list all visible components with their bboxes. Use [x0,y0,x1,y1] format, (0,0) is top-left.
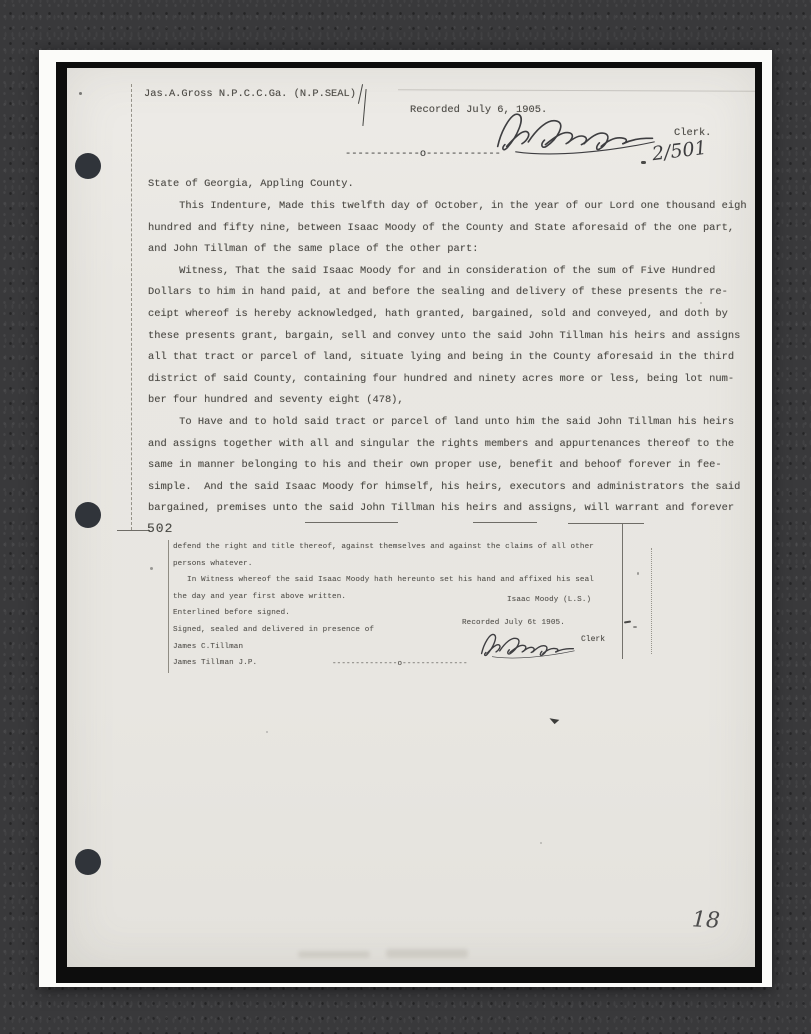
bleed-through-smudge [386,949,468,958]
line-text: these presents grant, bargain, sell and … [148,330,740,342]
line-text: same in manner belonging to his and thei… [148,459,722,471]
pen-stroke-mark [362,89,366,126]
inset-text-line: persons whatever. [173,560,594,577]
document-heading: State of Georgia, Appling County. [148,178,354,190]
separator-dashes-top: ------------o------------ [345,148,501,160]
line-text: bargained, premises unto the said John T… [148,502,734,514]
signature-glyph [483,105,669,159]
line-text: In Witness whereof the said Isaac Moody … [173,576,594,584]
line-text: and assigns together with all and singul… [148,438,734,450]
paper-speck [266,731,268,733]
bleed-through-smudge [298,951,370,958]
line-annotation: Recorded July 6t 1905. [462,619,565,627]
overlay-page-number: 502 [147,521,173,536]
inset-text-line: the day and year first above written.Isa… [173,593,594,610]
clerk-label-bottom: Clerk [581,635,605,644]
deed-text-line: and assigns together with all and singul… [148,438,747,460]
deed-text-line: Witness, That the said Isaac Moody for a… [148,265,747,287]
hole-punch-top [75,153,101,179]
paper-speck [150,567,153,570]
inset-text-line: defend the right and title thereof, agai… [173,543,594,560]
inset-text-line: In Witness whereof the said Isaac Moody … [173,576,594,593]
inset-text-line: James Tillman J.P.--------------o-------… [173,659,594,676]
deed-text-line: and John Tillman of the same place of th… [148,243,747,265]
line-text: persons whatever. [173,560,253,568]
paper-speck [540,842,542,844]
ink-dot [641,161,646,164]
deed-text-line: This Indenture, Made this twelfth day of… [148,200,747,222]
line-text: Dollars to him in hand paid, at and befo… [148,286,728,298]
deed-text-line: To Have and to hold said tract or parcel… [148,416,747,438]
line-text: This Indenture, Made this twelfth day of… [148,200,747,212]
scanner-background: Jas.A.Gross N.P.C.C.Ga. (N.P.SEAL) Recor… [0,0,811,1034]
line-text: hundred and fifty nine, between Isaac Mo… [148,222,734,234]
line-text: James Tillman J.P. [173,659,257,667]
document-content: Jas.A.Gross N.P.C.C.Ga. (N.P.SEAL) Recor… [0,0,811,1034]
clerk-signature-top [483,105,669,159]
deed-body: This Indenture, Made this twelfth day of… [148,200,747,524]
inset-top-edge-left [117,530,150,531]
line-annotation: --------------o-------------- [332,660,468,668]
line-text: James C.Tillman [173,643,243,651]
line-text: the day and year first above written. [173,593,346,601]
inset-left-margin-rule [168,540,169,673]
line-text: defend the right and title thereof, agai… [173,543,594,551]
deed-text-line: ceipt whereof is hereby acknowledged, ha… [148,308,747,330]
deed-text-line: ber four hundred and seventy eight (478)… [148,394,747,416]
stray-mark [624,621,631,624]
stray-mark [633,626,637,628]
deed-text-line: simple. And the said Isaac Moody for him… [148,481,747,503]
clerk-signature-bottom [474,629,582,661]
line-text: To Have and to hold said tract or parcel… [148,416,734,428]
ink-blot [549,718,560,725]
hole-punch-bottom [75,849,101,875]
line-text: ceipt whereof is hereby acknowledged, ha… [148,308,728,320]
line-text: district of said County, containing four… [148,373,734,385]
line-text: Enterlined before signed. [173,609,290,617]
deed-text-line: district of said County, containing four… [148,373,747,395]
line-text: all that tract or parcel of land, situat… [148,351,734,363]
deed-text-line: same in manner belonging to his and thei… [148,459,747,481]
left-margin-rule [131,84,132,530]
paper-speck [418,206,420,208]
deed-text-line: these presents grant, bargain, sell and … [148,330,747,352]
paper-crease [398,89,755,92]
line-text: and John Tillman of the same place of th… [148,243,478,255]
line-text: ber four hundred and seventy eight (478)… [148,394,404,406]
paper-speck [79,92,82,95]
inset-right-faint-line [651,548,652,654]
pen-tick-mark [358,84,363,104]
paper-speck [700,302,702,304]
line-annotation: Isaac Moody (L.S.) [507,596,591,604]
inset-right-edge-line [622,523,623,659]
deed-text-line: Dollars to him in hand paid, at and befo… [148,286,747,308]
deed-text-line: hundred and fifty nine, between Isaac Mo… [148,222,747,244]
hole-punch-middle [75,502,101,528]
paper-speck [637,572,639,575]
deed-text-line: all that tract or parcel of land, situat… [148,351,747,373]
line-text: simple. And the said Isaac Moody for him… [148,481,740,493]
line-text: Signed, sealed and delivered in presence… [173,626,374,634]
handwritten-page-number: 18 [691,907,720,933]
deed-text-line: bargained, premises unto the said John T… [148,502,747,524]
notary-line: Jas.A.Gross N.P.C.C.Ga. (N.P.SEAL) [144,88,356,100]
line-text: Witness, That the said Isaac Moody for a… [148,265,715,277]
signature-glyph [474,629,582,661]
